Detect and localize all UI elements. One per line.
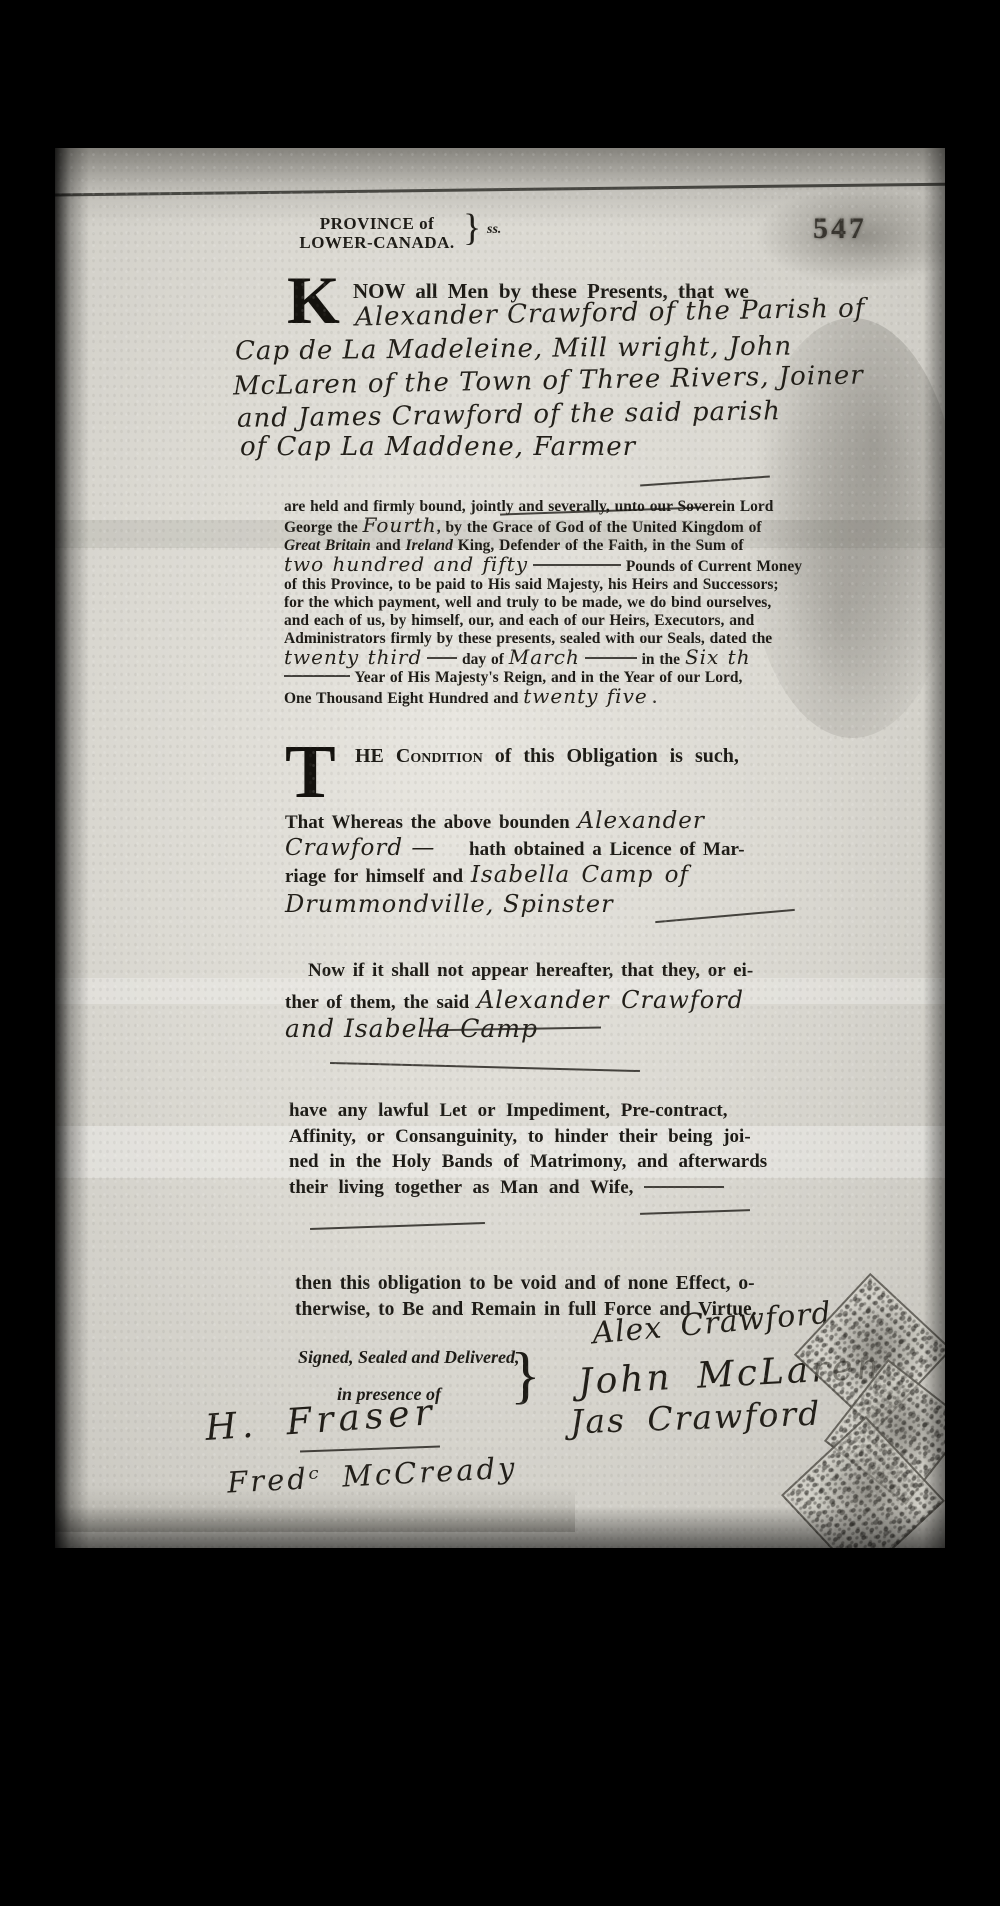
handwritten-fill: twenty five — [523, 684, 648, 708]
handwritten-line: of Cap La Maddene, Farmer — [240, 432, 636, 462]
bond-text: One Thousand Eight Hundred and — [284, 690, 518, 707]
bond-text: , by the Grace of God of the United King… — [437, 519, 762, 536]
ss-abbreviation: ss. — [487, 222, 501, 238]
condition-heading-text: of this Obligation is such, — [495, 745, 739, 767]
ink-flourish — [330, 1062, 640, 1072]
impediment-line: their living together as Man and Wife, — [289, 1175, 767, 1201]
ink-flourish — [640, 1209, 750, 1215]
impediment-clause: have any lawful Let or Impediment, Pre-c… — [289, 1098, 767, 1200]
condition-heading: HE Condition of this Obligation is such, — [355, 745, 739, 768]
bond-line: two hundred and fifty Pounds of Current … — [284, 555, 824, 576]
handwritten-fill: Fourth — [363, 513, 437, 537]
impediment-text: their living together as Man and Wife, — [289, 1177, 633, 1198]
void-clause-line: then this obligation to be void and of n… — [295, 1271, 757, 1297]
ink-flourish — [655, 909, 795, 923]
bond-text: day of — [462, 651, 504, 668]
now-clause-text: ther of them, the said — [285, 992, 469, 1013]
now-clause-line: Now if it shall not appear hereafter, th… — [308, 960, 753, 982]
ink-dash — [644, 1186, 724, 1188]
handwritten-line: Cap de La Madeleine, Mill wright, John — [235, 332, 792, 367]
handwritten-fill: Six th — [685, 645, 751, 669]
dropcap-k: K — [287, 272, 340, 330]
page-number: 547 — [813, 212, 867, 246]
impediment-line: Affinity, or Consanguinity, to hinder th… — [289, 1124, 767, 1150]
bond-line: George the Fourth, by the Grace of God o… — [284, 516, 824, 537]
page-bottom-shadow — [55, 1506, 945, 1548]
bond-line: One Thousand Eight Hundred and twenty fi… — [284, 687, 824, 708]
signature-witness: H. Fraser — [204, 1392, 438, 1449]
province-line1: PROVINCE of — [287, 214, 467, 233]
condition-heading-smallcaps: Condition — [396, 745, 483, 767]
condition-line: Crawford — hath obtained a Licence of Ma… — [285, 835, 745, 861]
bond-text: George the — [284, 519, 358, 536]
handwritten-fill: twenty third — [284, 645, 422, 669]
ink-flourish — [640, 475, 770, 486]
handwritten-fill: March — [509, 645, 580, 669]
impediment-line: have any lawful Let or Impediment, Pre-c… — [289, 1098, 767, 1124]
condition-line: riage for himself and Isabella Camp of — [285, 862, 689, 888]
handwritten-fill: Crawford — — [285, 835, 465, 861]
signature-witness: Fredᶜ McCready — [226, 1450, 518, 1499]
bond-clause: are held and firmly bound, jointly and s… — [284, 498, 824, 708]
ink-dash — [585, 657, 637, 659]
handwritten-line: and James Crawford of the said parish — [237, 396, 781, 434]
handwritten-fill: Isabella Camp of — [471, 862, 689, 888]
bond-text: Pounds of Current Money — [626, 558, 802, 575]
page-left-shadow — [55, 148, 89, 1548]
ink-flourish — [300, 1446, 440, 1453]
condition-text: hath obtained a Licence of Mar- — [469, 839, 745, 860]
condition-heading-text: HE — [355, 745, 384, 767]
bond-line: for the which payment, well and truly to… — [284, 594, 824, 612]
condition-text: That Whereas the above bounden — [285, 812, 570, 833]
handwritten-line: Drummondville, Spinster — [285, 890, 614, 918]
dropcap-t: T — [285, 740, 336, 805]
now-clause-line: ther of them, the said Alexander Crawfor… — [285, 986, 744, 1014]
handwritten-line: McLaren of the Town of Three Rivers, Joi… — [233, 360, 864, 401]
signature-principal: Jas Crawford — [569, 1394, 821, 1442]
attestation-line: Signed, Sealed and Delivered, — [298, 1347, 519, 1368]
scanned-document-photo: { "colors": { "background": "#000000", "… — [0, 0, 1000, 1906]
handwritten-fill: Alexander — [578, 808, 705, 834]
condition-line: That Whereas the above bounden Alexander — [285, 808, 705, 834]
ink-dash — [533, 564, 621, 566]
condition-text: riage for himself and — [285, 866, 463, 887]
ink-flourish — [310, 1222, 485, 1230]
province-heading: PROVINCE of LOWER-CANADA. — [287, 214, 467, 252]
bond-text: . — [653, 690, 657, 707]
province-line2: LOWER-CANADA. — [287, 233, 467, 252]
impediment-line: ned in the Holy Bands of Matrimony, and … — [289, 1149, 767, 1175]
handwritten-fill: Alexander Crawford — [477, 986, 744, 1014]
header-brace: } — [463, 206, 481, 250]
attestation-brace: } — [510, 1340, 541, 1410]
document-page: PROVINCE of LOWER-CANADA. } ss. 547 K NO… — [55, 148, 945, 1548]
bond-line: and each of us, by himself, our, and eac… — [284, 612, 824, 630]
ink-dash — [427, 657, 457, 659]
bond-line: twenty third day of March in the Six th — [284, 648, 824, 669]
page-right-shadow — [923, 148, 945, 1548]
bond-text: in the — [642, 651, 680, 668]
bond-line: of this Province, to be paid to His said… — [284, 576, 824, 594]
ink-dash — [284, 675, 350, 677]
handwritten-fill: two hundred and fifty — [284, 552, 528, 576]
